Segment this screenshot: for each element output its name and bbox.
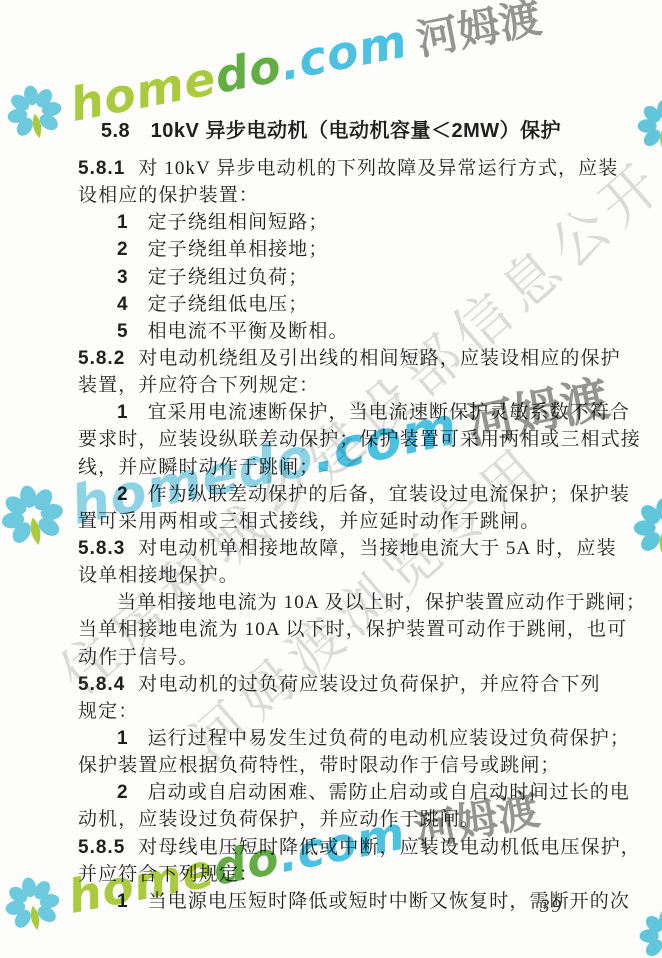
text-line: 线，并应瞬时动作于跳闸； [78, 454, 592, 481]
clause-number: 2 [117, 484, 129, 505]
clause-text: 定子绕组相间短路； [148, 212, 329, 233]
clause-text: 设相应的保护装置： [78, 185, 259, 206]
text-line: 1当电源电压短时降低或短时中断又恢复时，需断开的次 [78, 888, 592, 915]
clause-text: 定子绕组低电压； [148, 294, 309, 315]
clause-number: 5.8.1 [78, 158, 125, 179]
homedo-flower-icon [0, 870, 66, 938]
text-line: 2定子绕组单相接地； [78, 236, 592, 263]
text-line: 5相电流不平衡及断相。 [78, 318, 592, 345]
clause-text: 当单相接地电流为 10A 以下时，保护装置可动作于跳闸，也可 [78, 619, 627, 640]
clause-text: 定子绕组过负荷； [148, 267, 309, 288]
clause-number: 1 [117, 891, 129, 912]
clause-text: 置可采用两相或三相式接线，并应延时动作于跳闸。 [78, 511, 540, 532]
text-line: 装置，并应符合下列规定： [78, 372, 592, 399]
clause-text: 线，并应瞬时动作于跳闸； [78, 457, 319, 478]
clause-number: 2 [117, 239, 129, 260]
text-line: 5.8.2对电动机绕组及引出线的相间短路，应装设相应的保护 [78, 345, 592, 372]
clause-text: 动作于信号。 [78, 647, 199, 668]
clause-text: 保护装置应根据负荷特性，带时限动作于信号或跳闸； [78, 755, 560, 776]
text-line: 保护装置应根据负荷特性，带时限动作于信号或跳闸； [78, 752, 592, 779]
text-line: 动作于信号。 [78, 644, 592, 671]
clause-number: 4 [117, 294, 129, 315]
text-line: 置可采用两相或三相式接线，并应延时动作于跳闸。 [78, 508, 592, 535]
clause-text: 运行过程中易发生过负荷的电动机应装设过负荷保护； [148, 728, 630, 749]
text-line: 设单相接地保护。 [78, 562, 592, 589]
clause-number: 1 [117, 728, 129, 749]
text-line: 3定子绕组过负荷； [78, 264, 592, 291]
section-heading: 5.8 10kV 异步电动机（电动机容量＜2MW）保护 [0, 114, 662, 143]
clause-text: 设单相接地保护。 [78, 565, 239, 586]
clause-number: 5.8.3 [78, 538, 125, 559]
text-line: 5.8.3对电动机单相接地故障，当接地电流大于 5A 时，应装 [78, 535, 592, 562]
text-line: 2启动或自启动困难、需防止启动或自启动时间过长的电 [78, 779, 592, 806]
text-line: 5.8.4对电动机的过负荷应装设过负荷保护，并应符合下列 [78, 671, 592, 698]
clause-text: 启动或自启动困难、需防止启动或自启动时间过长的电 [148, 782, 630, 803]
text-line: 当单相接地电流为 10A 以下时，保护装置可动作于跳闸，也可 [78, 616, 592, 643]
document-page: 住房和城乡建设部信息公开 河姆渡浏览专用 5.8 10kV 异步电动机（电动机容… [0, 0, 662, 958]
clause-text: 装置，并应符合下列规定： [78, 375, 319, 396]
clause-text: 要求时，应装设纵联差动保护；保护装置可采用两相或三相式接 [78, 429, 641, 450]
clause-text: 对电动机绕组及引出线的相间短路，应装设相应的保护 [138, 348, 620, 369]
clause-text: 对电动机单相接地故障，当接地电流大于 5A 时，应装 [138, 538, 616, 559]
page-number: 39 [540, 896, 563, 918]
text-line: 规定： [78, 698, 592, 725]
clause-number: 3 [117, 267, 129, 288]
clause-text: 定子绕组单相接地； [148, 239, 329, 260]
clause-number: 5.8.4 [78, 674, 125, 695]
clause-number: 1 [117, 402, 129, 423]
homedo-flower-icon [638, 908, 662, 958]
clause-text: 对 10kV 异步电动机的下列故障及异常运行方式，应装 [138, 158, 618, 179]
clause-number: 5 [117, 321, 129, 342]
text-line: 2作为纵联差动保护的后备，宜装设过电流保护；保护装 [78, 481, 592, 508]
text-line: 1定子绕组相间短路； [78, 209, 592, 236]
text-line: 并应符合下列规定： [78, 861, 592, 888]
text-line: 当单相接地电流为 10A 及以上时，保护装置应动作于跳闸； [78, 589, 592, 616]
clause-number: 5.8.5 [78, 837, 125, 858]
clause-number: 2 [117, 782, 129, 803]
homedo-flower-icon [632, 496, 662, 560]
text-line: 5.8.5对母线电压短时降低或中断，应装设电动机低电压保护， [78, 834, 592, 861]
clause-text: 宜采用电流速断保护，当电流速断保护灵敏系数不符合 [148, 402, 630, 423]
homedo-flower-icon [0, 476, 71, 554]
homedo-logo-cn: 河姆渡 [411, 0, 546, 68]
clause-text: 对母线电压短时降低或中断，应装设电动机低电压保护， [138, 837, 641, 858]
clause-text: 当单相接地电流为 10A 及以上时，保护装置应动作于跳闸； [117, 592, 646, 613]
clause-text: 规定： [78, 701, 138, 722]
clause-text: 相电流不平衡及断相。 [148, 321, 349, 342]
clause-text: 并应符合下列规定： [78, 864, 259, 885]
clause-text: 对电动机的过负荷应装设过负荷保护，并应符合下列 [138, 674, 600, 695]
text-line: 要求时，应装设纵联差动保护；保护装置可采用两相或三相式接 [78, 426, 592, 453]
text-line: 设相应的保护装置： [78, 182, 592, 209]
clause-number: 5.8.2 [78, 348, 125, 369]
clause-number: 1 [117, 212, 129, 233]
clause-text: 作为纵联差动保护的后备，宜装设过电流保护；保护装 [148, 484, 630, 505]
body-text: 5.8.1对 10kV 异步电动机的下列故障及异常运行方式，应装设相应的保护装置… [78, 155, 592, 915]
text-line: 5.8.1对 10kV 异步电动机的下列故障及异常运行方式，应装 [78, 155, 592, 182]
clause-text: 动机，应装设过负荷保护，并应动作于跳闸。 [78, 809, 480, 830]
text-line: 4定子绕组低电压； [78, 291, 592, 318]
text-line: 1运行过程中易发生过负荷的电动机应装设过负荷保护； [78, 725, 592, 752]
text-line: 1宜采用电流速断保护，当电流速断保护灵敏系数不符合 [78, 399, 592, 426]
text-line: 动机，应装设过负荷保护，并应动作于跳闸。 [78, 806, 592, 833]
